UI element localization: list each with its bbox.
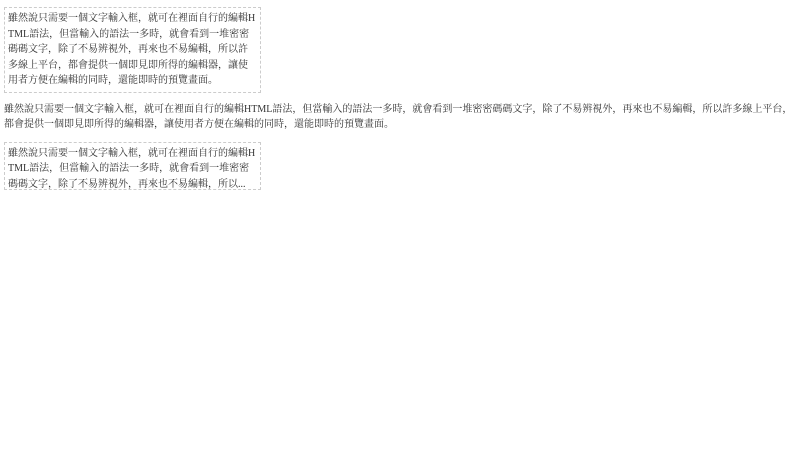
page: 雖然說只需要一個文字輸入框，就可在裡面自行的編輯HTML語法，但當輸入的語法一多… <box>0 0 800 190</box>
truncated-text-box: 雖然說只需要一個文字輸入框，就可在裡面自行的編輯HTML語法，但當輸入的語法一多… <box>4 142 261 190</box>
full-text-box: 雖然說只需要一個文字輸入框，就可在裡面自行的編輯HTML語法，但當輸入的語法一多… <box>4 7 261 93</box>
full-text-paragraph: 雖然說只需要一個文字輸入框，就可在裡面自行的編輯HTML語法，但當輸入的語法一多… <box>4 102 796 133</box>
